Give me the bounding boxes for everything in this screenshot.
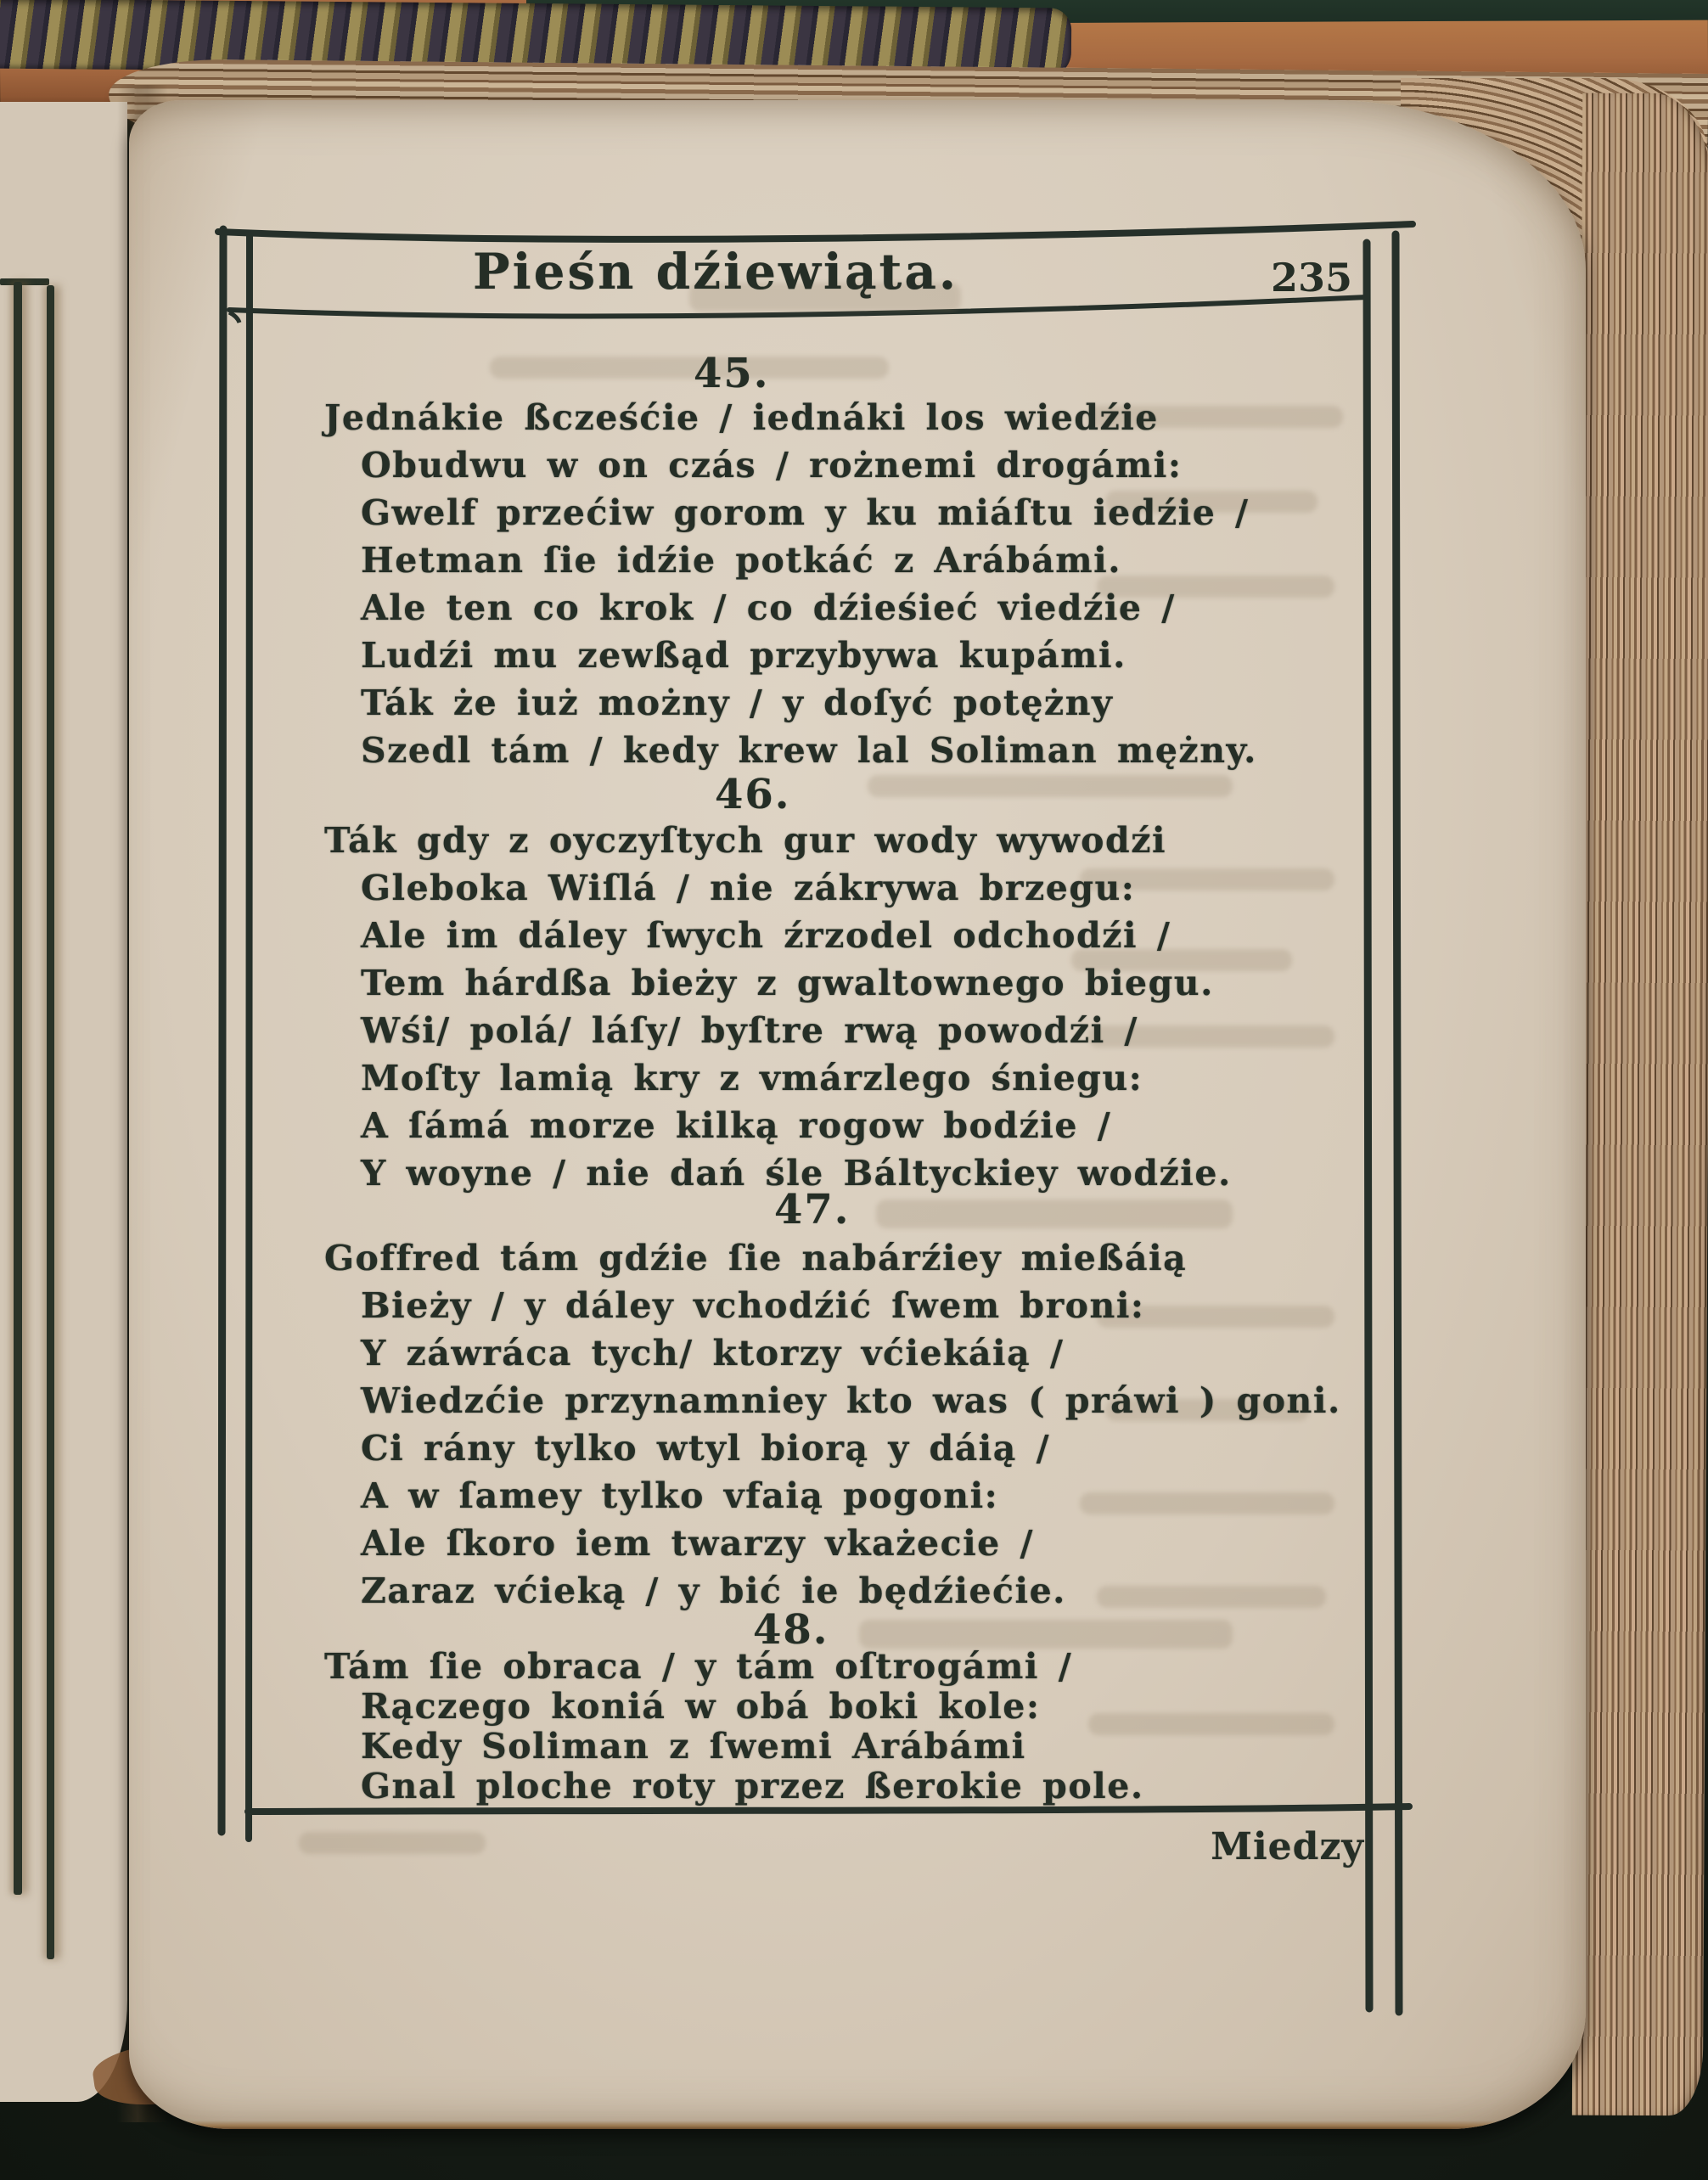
show-through-smudge bbox=[859, 1620, 1233, 1649]
verse-line: Tem hárdßa bieży z gwaltownego biegu. bbox=[129, 960, 1402, 1008]
verse-line: Rączego koniá w obá boki kole: bbox=[129, 1687, 1402, 1727]
verse-line: Ták gdy z oyczyſtych gur wody wywodźi bbox=[129, 817, 1402, 865]
stanza-46: Ták gdy z oyczyſtych gur wody wywodźi Gl… bbox=[129, 817, 1402, 1198]
facing-page-frame-rule bbox=[14, 282, 22, 1895]
verse-line: Szedl tám / kedy krew lal Soliman mężny. bbox=[129, 728, 1402, 775]
show-through-smudge bbox=[868, 775, 1233, 797]
verse-line: Ták że iuż możny / y doſyć potężny bbox=[129, 680, 1402, 728]
verse-line: A ſámá morze kilką rogow bodźie / bbox=[129, 1103, 1402, 1150]
verse-line: Obudwu w on czás / rożnemi drogámi: bbox=[129, 442, 1402, 490]
verse-line: Wśi/ polá/ láſy/ byſtre rwą powodźi / bbox=[129, 1008, 1402, 1055]
verse-line: Gleboka Wiſlá / nie zákrywa brzegu: bbox=[129, 865, 1402, 913]
verse-line: Jednákie ßcześćie / iednáki los wiedźie bbox=[129, 395, 1402, 442]
catchword: Miedzy bbox=[1110, 1825, 1364, 1868]
show-through-smudge bbox=[876, 1200, 1233, 1228]
verse-line: Gnal ploche roty przez ßerokie pole. bbox=[129, 1767, 1402, 1806]
book-page: Pieśn dźiewiąta. 235 45. Jednákie ßcześć… bbox=[129, 100, 1586, 2129]
verse-line: Tám ſie obraca / y tám oſtrogámi / bbox=[129, 1647, 1402, 1687]
stanza-45: Jednákie ßcześćie / iednáki los wiedźie … bbox=[129, 395, 1402, 775]
verse-line: Gwelf przećiw gorom y ku miáſtu iedźie / bbox=[129, 490, 1402, 537]
stanza-48: Tám ſie obraca / y tám oſtrogámi / Rącze… bbox=[129, 1647, 1402, 1806]
verse-line: Ale im dáley ſwych źrzodel odchodźi / bbox=[129, 913, 1402, 960]
book-photo: Pieśn dźiewiąta. 235 45. Jednákie ßcześć… bbox=[0, 0, 1708, 2180]
verse-line: Y woyne / nie dań śle Báltyckiey wodźie. bbox=[129, 1150, 1402, 1198]
facing-page-frame-corner bbox=[0, 278, 49, 285]
facing-page-sliver bbox=[0, 102, 127, 2102]
stanza-number: 45. bbox=[694, 350, 770, 397]
verse-line: Hetman ſie idźie potkáć z Arábámi. bbox=[129, 537, 1402, 585]
verse-line: Ci rány tylko wtyl biorą y dáią / bbox=[129, 1425, 1402, 1473]
verse-line: Bieży / y dáley vchodźić ſwem broni: bbox=[129, 1283, 1402, 1330]
verse-line: Goffred tám gdźie ſie nabárźiey mießáią bbox=[129, 1235, 1402, 1283]
facing-page-frame-rule bbox=[47, 285, 54, 1959]
stanza-number: 47. bbox=[774, 1186, 851, 1233]
verse-line: Moſty lamią kry z vmárzlego śniegu: bbox=[129, 1055, 1402, 1103]
stanza-number: 46. bbox=[715, 771, 791, 818]
verse-line: Ale ſkoro iem twarzy vkażecie / bbox=[129, 1520, 1402, 1568]
show-through-smudge bbox=[490, 357, 889, 379]
page-number: 235 bbox=[1265, 255, 1358, 301]
verse-line: Ale ten co krok / co dźieśieć viedźie / bbox=[129, 585, 1402, 632]
show-through-smudge bbox=[299, 1832, 486, 1854]
fore-edge-page-stack bbox=[1572, 93, 1708, 2116]
verse-line: Y záwráca tych/ ktorzy vćiekáią / bbox=[129, 1330, 1402, 1378]
verse-line: Wiedzćie przynamniey kto was ( práwi ) g… bbox=[129, 1378, 1402, 1425]
verse-line: Kedy Soliman z ſwemi Arábámi bbox=[129, 1727, 1402, 1767]
page-title: Pieśn dźiewiąta. bbox=[473, 243, 958, 301]
verse-line: A w ſamey tylko vfaią pogoni: bbox=[129, 1473, 1402, 1520]
stanza-47: Goffred tám gdźie ſie nabárźiey mießáią … bbox=[129, 1235, 1402, 1615]
verse-line: Ludźi mu zewßąd przybywa kupámi. bbox=[129, 632, 1402, 680]
